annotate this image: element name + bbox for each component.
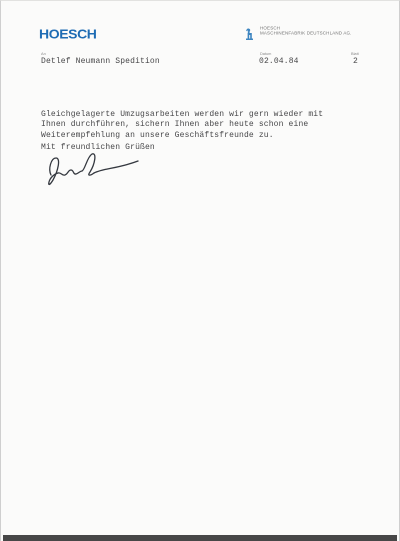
hoesch-mark-icon: [245, 27, 254, 41]
recipient-field-label: An: [41, 52, 46, 56]
letter-page: HOESCH HOESCH MASCHINENFABRIK DEUTSCHLAN…: [0, 0, 400, 541]
letter-body: Gleichgelagerte Umzugsarbeiten werden wi…: [41, 110, 323, 141]
handwritten-signature: [41, 149, 151, 193]
body-line: Ihnen durchführen, sichern Ihnen aber he…: [41, 120, 323, 130]
date-field-label: Datum: [260, 52, 271, 56]
company-name-line2: MASCHINENFABRIK DEUTSCHLAND AG.: [260, 31, 352, 36]
hoesch-logo: HOESCH: [39, 27, 97, 41]
sheet-field-label: Blatt: [351, 52, 359, 56]
sheet-number: 2: [353, 57, 358, 66]
body-line: Weiterempfehlung an unsere Geschäftsfreu…: [41, 131, 323, 141]
company-name: HOESCH MASCHINENFABRIK DEUTSCHLAND AG.: [260, 26, 352, 36]
scan-edge-bar: [3, 535, 397, 541]
letterhead-company-block: HOESCH MASCHINENFABRIK DEUTSCHLAND AG.: [245, 26, 400, 43]
body-line: Gleichgelagerte Umzugsarbeiten werden wi…: [41, 110, 323, 120]
recipient-name: Detlef Neumann Spedition: [41, 57, 160, 66]
letter-date: 02.04.84: [259, 57, 299, 66]
